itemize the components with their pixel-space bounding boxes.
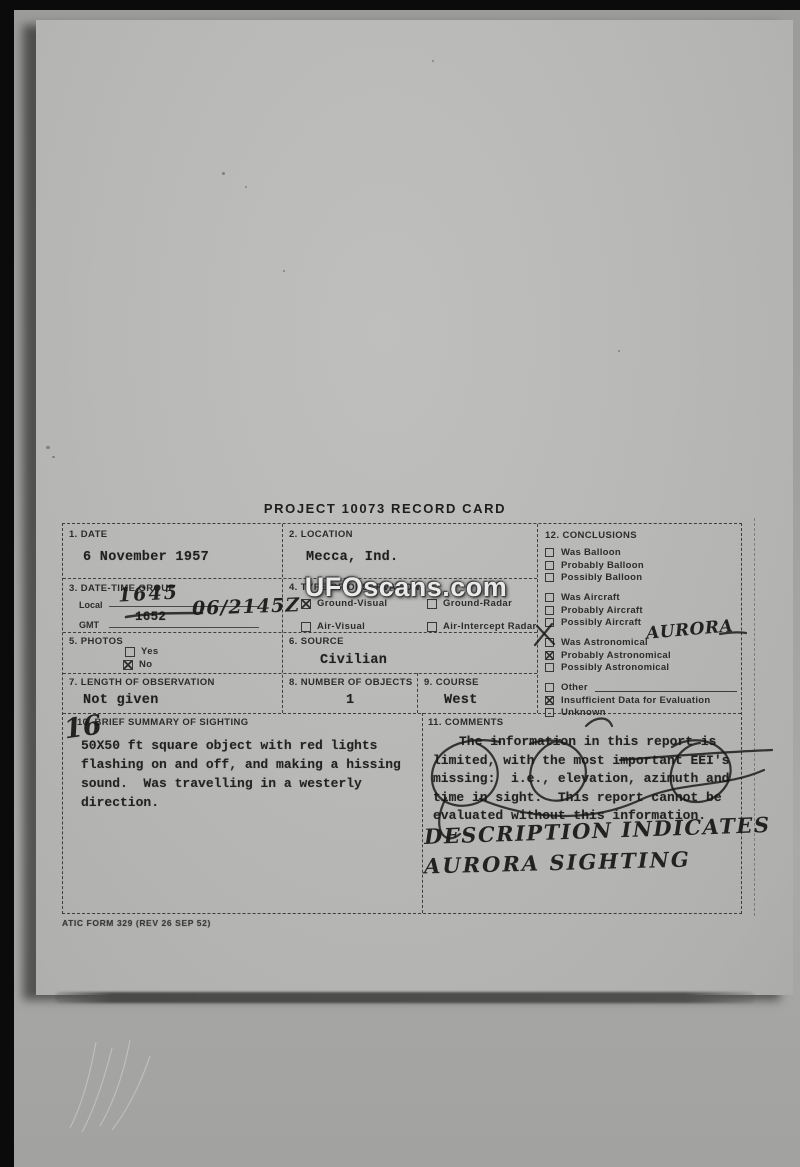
- conclusion-item: Possibly Balloon: [545, 572, 737, 583]
- checkbox-icon: [545, 606, 554, 615]
- handwritten-case-number: 16: [62, 710, 104, 746]
- conclusion-label: Insufficient Data for Evaluation: [561, 695, 710, 706]
- conclusion-label: Possibly Balloon: [561, 572, 642, 583]
- option-photos-yes: Yes: [125, 646, 159, 657]
- number-of-objects-label: 8. NUMBER OF OBJECTS: [289, 677, 413, 688]
- table-divider: [417, 673, 418, 713]
- checkbox-icon: [427, 622, 437, 632]
- gmt-blank-line: [109, 627, 259, 628]
- paper-speck: [618, 350, 620, 352]
- date-value: 6 November 1957: [83, 550, 209, 565]
- paper-speck: [222, 172, 225, 175]
- conclusion-label: Possibly Aircraft: [561, 617, 641, 628]
- checkbox-checked-icon: [545, 651, 554, 660]
- source-label: 6. SOURCE: [289, 636, 344, 647]
- conclusion-item: Probably Astronomical: [545, 650, 737, 661]
- option-air-intercept-radar: Air-Intercept Radar: [427, 621, 537, 632]
- checkbox-icon: [545, 573, 554, 582]
- paper-bottom-shadow: [55, 992, 755, 1003]
- checkbox-icon: [545, 548, 554, 557]
- checkbox-icon: [545, 638, 554, 647]
- option-photos-no: No: [123, 659, 152, 670]
- location-label: 2. LOCATION: [289, 529, 353, 540]
- conclusion-item: Insufficient Data for Evaluation: [545, 695, 737, 706]
- conclusion-item: Was Astronomical: [545, 637, 737, 648]
- number-of-objects-value: 1: [346, 693, 354, 708]
- brief-summary-label: 10. BRIEF SUMMARY OF SIGHTING: [77, 717, 249, 728]
- conclusion-item: Probably Aircraft: [545, 605, 737, 616]
- paper-speck: [245, 186, 247, 188]
- checkbox-icon: [545, 618, 554, 627]
- conclusion-item: Unknown: [545, 707, 737, 718]
- option-air-visual: Air-Visual: [301, 621, 365, 632]
- checkbox-checked-icon: [545, 696, 554, 705]
- handwritten-local-time: 1645: [117, 581, 179, 606]
- card-photo-edge: [754, 518, 755, 916]
- conclusion-item: Possibly Astronomical: [545, 662, 737, 673]
- location-value: Mecca, Ind.: [306, 550, 398, 565]
- photos-label: 5. PHOTOS: [69, 636, 123, 647]
- conclusion-label: Probably Aircraft: [561, 605, 643, 616]
- checkbox-icon: [545, 561, 554, 570]
- course-label: 9. COURSE: [424, 677, 479, 688]
- scanned-document-page: PROJECT 10073 RECORD CARD 1. DATE 6 Nove…: [0, 0, 800, 1167]
- checkbox-icon: [545, 683, 554, 692]
- course-value: West: [444, 693, 478, 708]
- length-of-observation-value: Not given: [83, 693, 159, 708]
- form-number: ATIC FORM 329 (REV 26 SEP 52): [62, 918, 211, 928]
- date-label: 1. DATE: [69, 529, 108, 540]
- option-label: No: [139, 659, 152, 670]
- watermark: UFOscans.com: [294, 572, 518, 603]
- option-label: Air-Visual: [317, 621, 365, 632]
- comments-label: 11. COMMENTS: [428, 717, 504, 728]
- conclusions-label: 12. CONCLUSIONS: [545, 530, 637, 541]
- local-label: Local: [79, 600, 103, 610]
- gmt-label: GMT: [79, 620, 99, 630]
- conclusion-item: Other: [545, 682, 737, 693]
- checkbox-icon: [545, 708, 554, 717]
- conclusion-item: Was Balloon: [545, 547, 737, 558]
- conclusion-label: Probably Balloon: [561, 560, 644, 571]
- table-divider: [63, 632, 537, 633]
- checkbox-icon: [125, 647, 135, 657]
- page-title: PROJECT 10073 RECORD CARD: [62, 501, 708, 516]
- conclusion-label: Was Astronomical: [561, 637, 648, 648]
- checkbox-icon: [545, 593, 554, 602]
- conclusion-label: Other: [561, 682, 588, 693]
- length-of-observation-label: 7. LENGTH OF OBSERVATION: [69, 677, 215, 688]
- table-divider: [422, 713, 423, 913]
- checkbox-icon: [545, 663, 554, 672]
- paper-speck: [46, 446, 50, 449]
- handwritten-gmt-time: 06/2145Z: [192, 594, 301, 620]
- other-blank-line: [595, 684, 737, 692]
- conclusion-label: Unknown: [561, 707, 606, 718]
- option-label: Yes: [141, 646, 159, 657]
- table-divider: [63, 673, 537, 674]
- checkbox-icon: [301, 622, 311, 632]
- comments-text: The information in this report is limite…: [433, 733, 755, 826]
- conclusion-label: Was Balloon: [561, 547, 621, 558]
- conclusion-label: Was Aircraft: [561, 592, 620, 603]
- paper-speck: [52, 456, 55, 458]
- option-label: Air-Intercept Radar: [443, 621, 537, 632]
- checkbox-checked-icon: [123, 660, 133, 670]
- conclusion-label: Probably Astronomical: [561, 650, 671, 661]
- paper-speck: [432, 60, 434, 62]
- paper-speck: [283, 270, 285, 272]
- conclusion-label: Possibly Astronomical: [561, 662, 669, 673]
- source-value: Civilian: [320, 653, 387, 668]
- brief-summary-text: 50X50 ft square object with red lights f…: [81, 736, 416, 812]
- conclusion-item: Was Aircraft: [545, 592, 737, 603]
- conclusion-item: Probably Balloon: [545, 560, 737, 571]
